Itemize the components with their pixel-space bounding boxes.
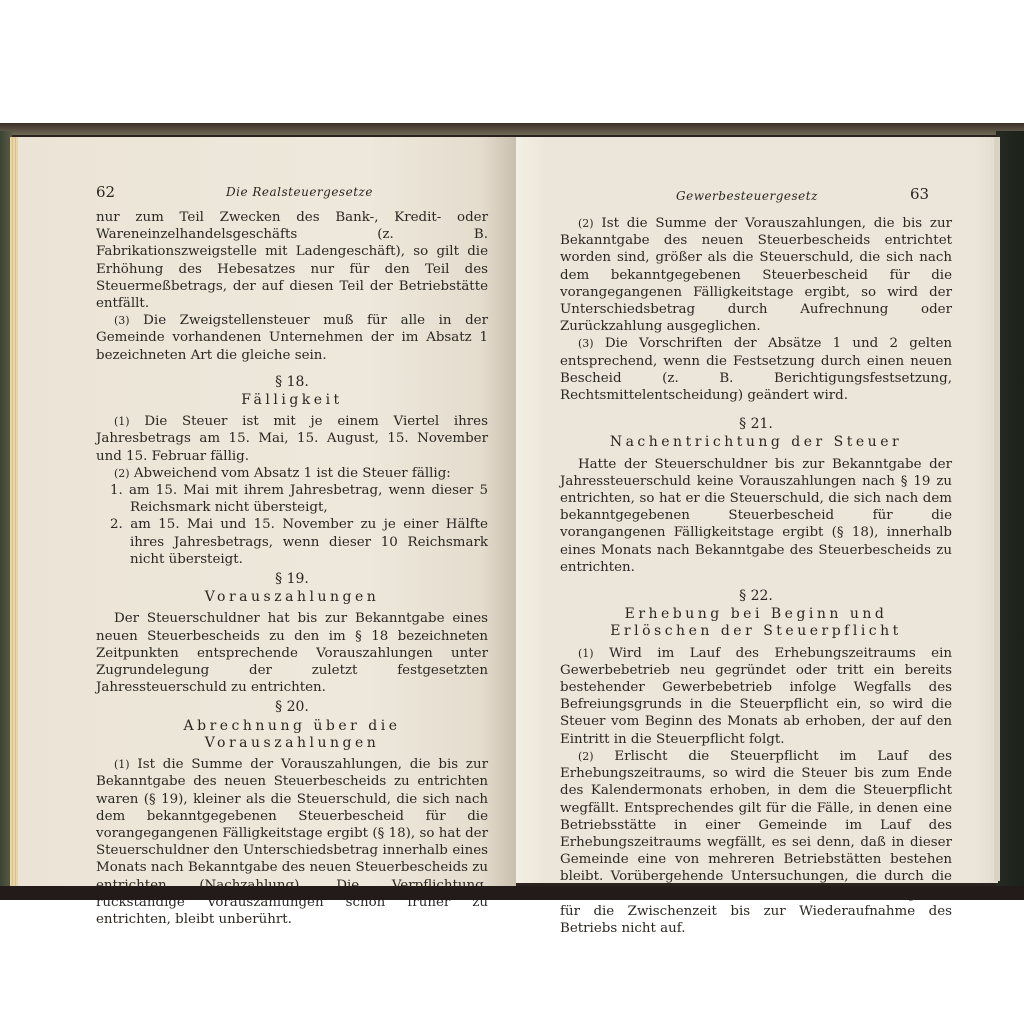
running-head-right: Gewerbesteuergesetz <box>676 189 818 203</box>
book-cover-right <box>996 131 1024 891</box>
s21-paragraph: Hatte der Steuerschuldner bis zur Bekann… <box>560 456 952 576</box>
page-number-left: 62 <box>96 183 115 201</box>
left-page: 62 Die Realsteuergesetze nur zum Teil Zw… <box>18 137 516 889</box>
s22-paragraph-1: (1) Wird im Lauf des Erhebungszeitraums … <box>560 645 952 748</box>
section-22-title: Erhebung bei Beginn und Erlöschen der St… <box>560 606 952 640</box>
book-bottom-shadow <box>0 886 1024 900</box>
left-page-text: nur zum Teil Zwecken des Bank-, Kredit- … <box>96 209 488 928</box>
section-21-title: Nachentrichtung der Steuer <box>560 434 952 451</box>
s18-paragraph-1: (1) Die Steuer ist mit je einem Viertel … <box>96 413 488 465</box>
continuation-paragraph: nur zum Teil Zwecken des Bank-, Kredit- … <box>96 209 488 312</box>
s18-list-item-1: 1. am 15. Mai mit ihrem Jahresbetrag, we… <box>96 482 488 516</box>
paragraph-3: (3) Die Zweigstellensteuer muß für alle … <box>96 312 488 364</box>
section-22-number: § 22. <box>560 588 952 605</box>
right-page-text: (2) Ist die Summe der Vorauszahlungen, d… <box>560 215 952 937</box>
s18-list-item-2: 2. am 15. Mai und 15. November zu je ein… <box>96 516 488 568</box>
section-18-title: Fälligkeit <box>96 392 488 409</box>
open-book: 62 Die Realsteuergesetze nur zum Teil Zw… <box>0 123 1024 900</box>
section-21-number: § 21. <box>560 416 952 433</box>
running-head-left: Die Realsteuergesetze <box>226 185 373 199</box>
s19-paragraph: Der Steuerschuldner hat bis zur Bekanntg… <box>96 610 488 696</box>
section-19-number: § 19. <box>96 571 488 588</box>
section-20-title: Abrechnung über die Vorauszahlungen <box>96 718 488 752</box>
page-number-right: 63 <box>910 185 929 203</box>
right-page: Gewerbesteuergesetz 63 (2) Ist die Summe… <box>516 137 998 883</box>
paragraph-2: (2) Ist die Summe der Vorauszahlungen, d… <box>560 215 952 335</box>
section-20-number: § 20. <box>96 699 488 716</box>
s18-paragraph-2: (2) Abweichend vom Absatz 1 ist die Steu… <box>96 465 488 482</box>
s20-paragraph-1: (1) Ist die Summe der Vorauszahlungen, d… <box>96 756 488 928</box>
s22-paragraph-2: (2) Erlischt die Steuerpflicht im Lauf d… <box>560 748 952 937</box>
book-top-edge <box>0 123 1024 135</box>
page-edge-right <box>994 137 1000 881</box>
section-18-number: § 18. <box>96 374 488 391</box>
paragraph-3: (3) Die Vorschriften der Absätze 1 und 2… <box>560 335 952 404</box>
section-19-title: Vorauszahlungen <box>96 589 488 606</box>
